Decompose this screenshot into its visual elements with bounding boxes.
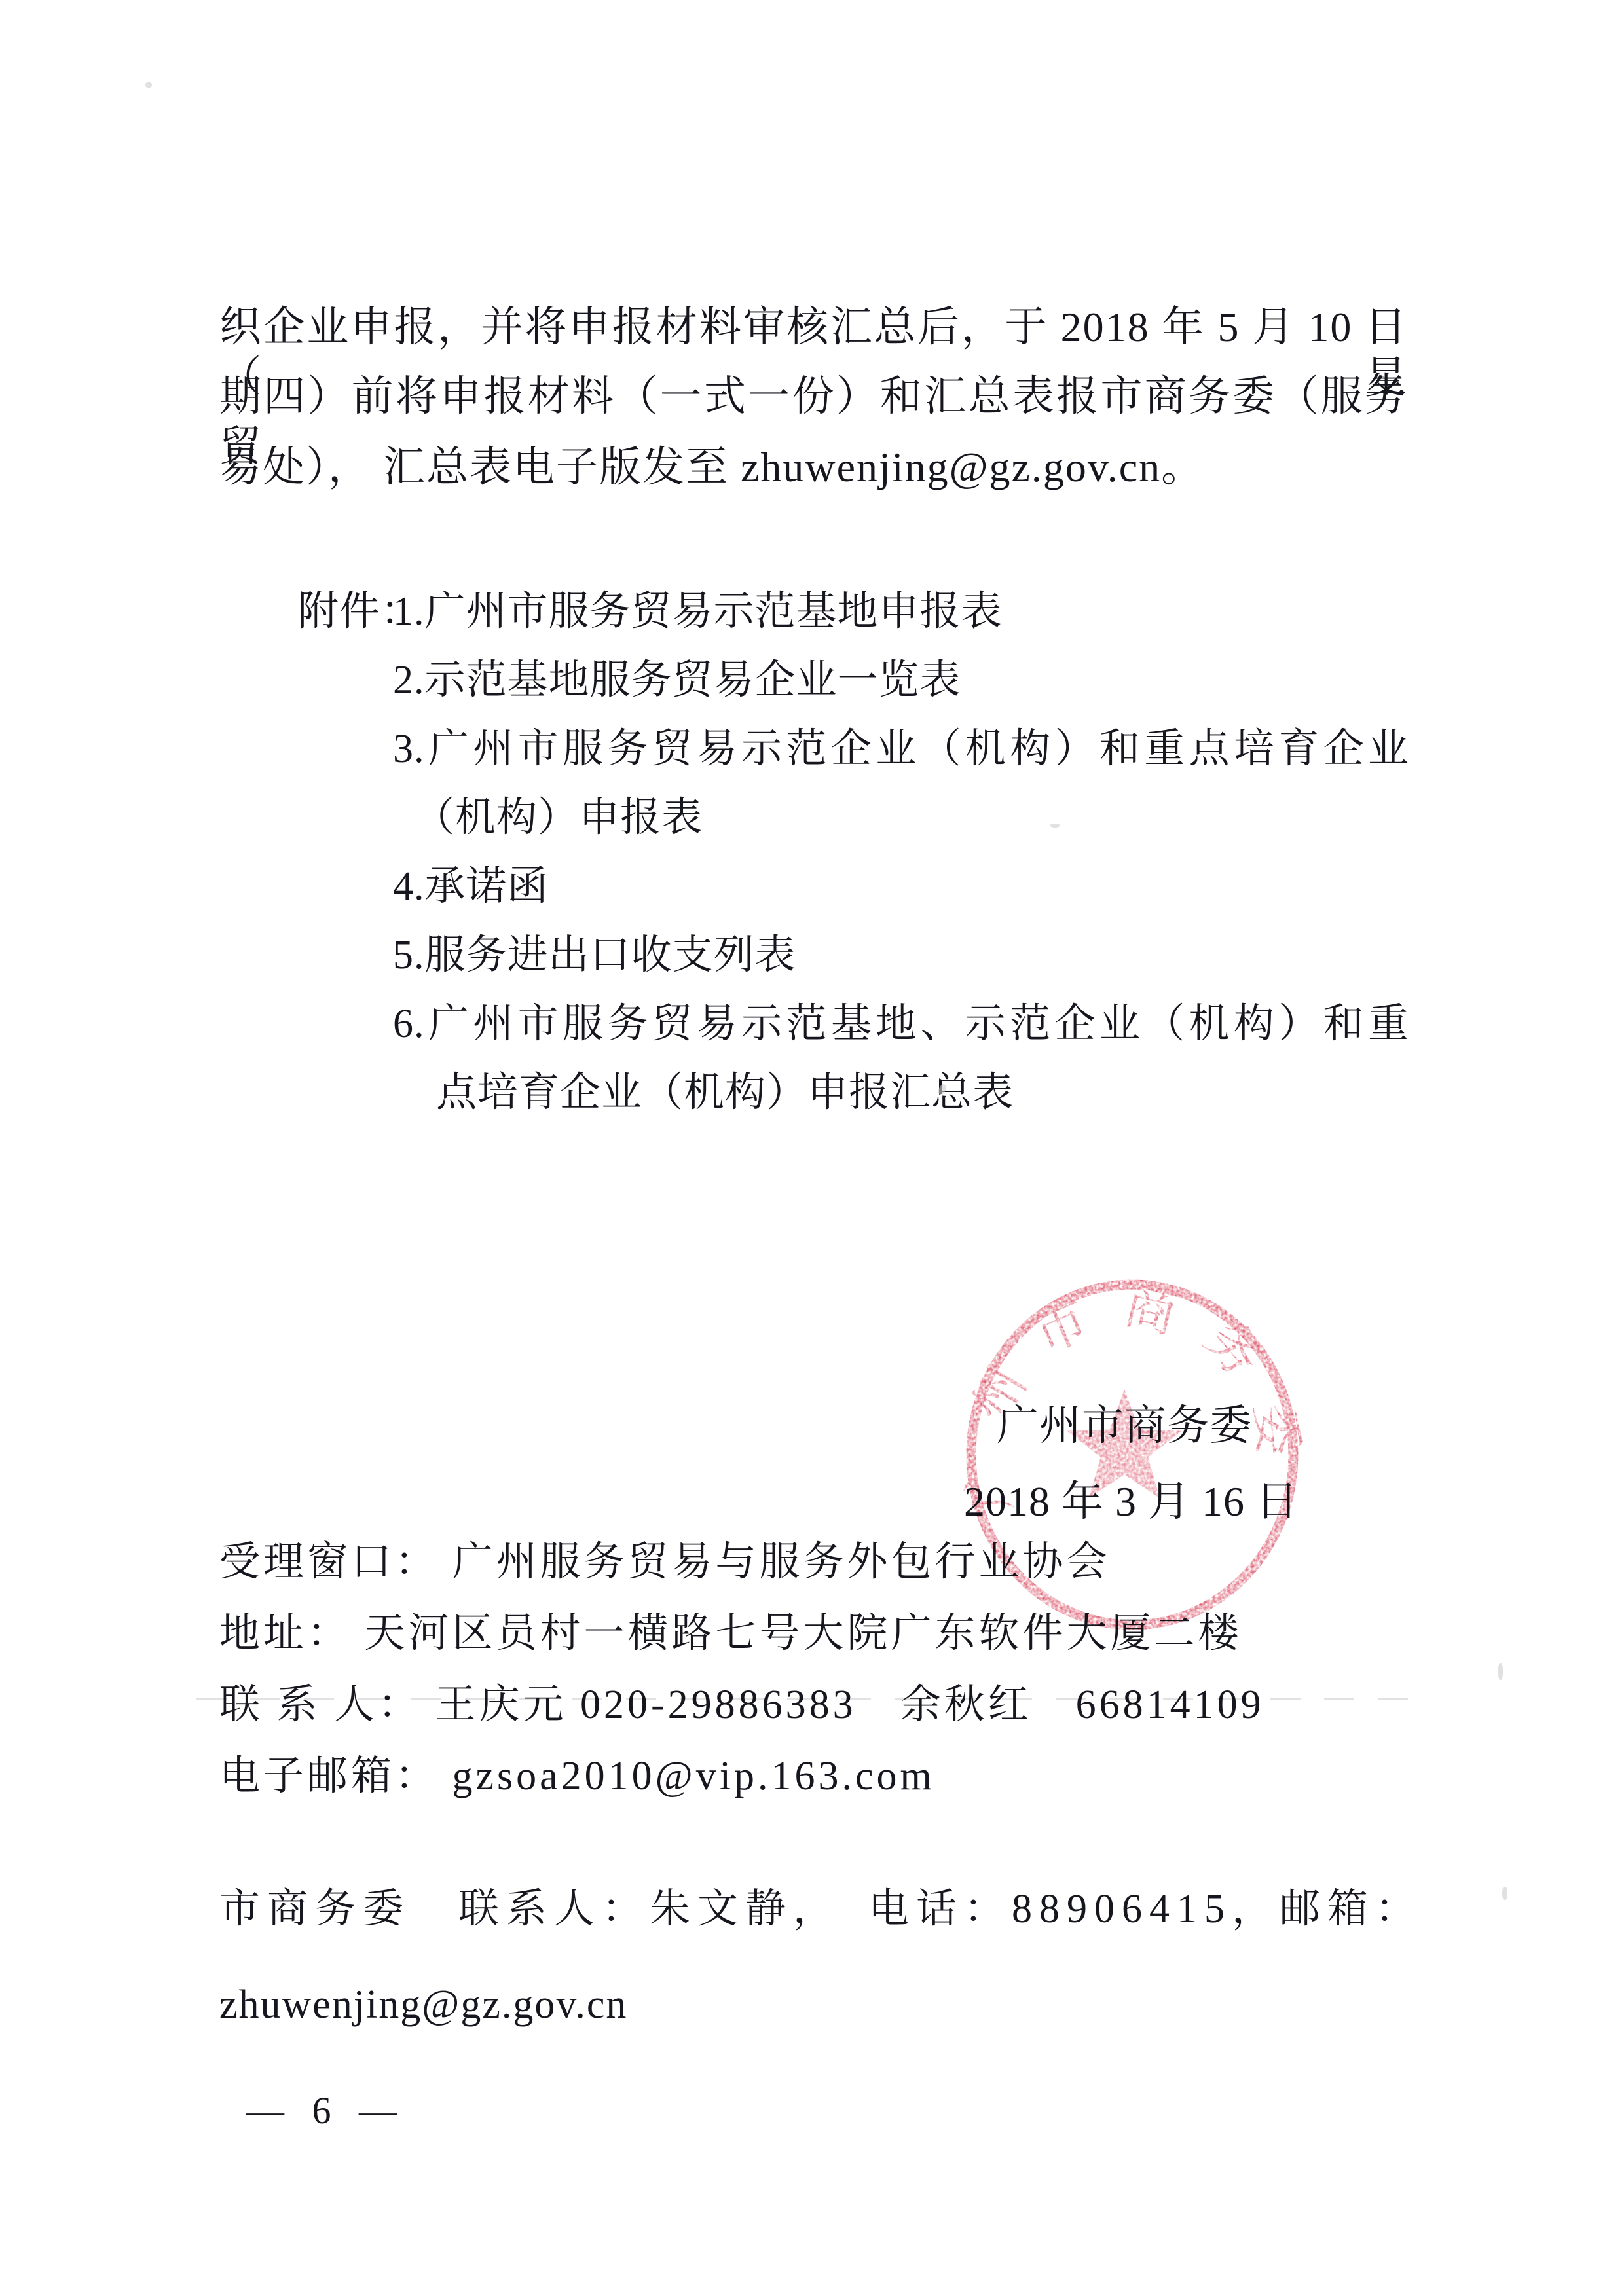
attachment-item-continuation: （机构）申报表	[414, 794, 703, 842]
attachment-item: 5.服务进出口收支列表	[393, 932, 796, 979]
signature-org: 广州市商务委	[997, 1401, 1252, 1451]
acceptance-window-line: 受理窗口： 广州服务贸易与服务外包行业协会	[219, 1539, 1111, 1586]
attachment-item: 2.示范基地服务贸易企业一览表	[393, 657, 961, 704]
attachment-item: 3.广州市服务贸易示范企业（机构）和重点培育企业	[393, 725, 1409, 773]
attachment-item: 4.承诺函	[393, 863, 549, 911]
attachment-item: 1.广州市服务贸易示范基地申报表	[393, 588, 1003, 636]
acceptance-contacts-line: 联 系 人： 王庆元 020-29886383 余秋红 66814109	[219, 1681, 1264, 1729]
acceptance-email-line: 电子邮箱： gzsoa2010@vip.163.com	[219, 1753, 935, 1800]
scan-speck	[1502, 1887, 1507, 1900]
scan-speck	[1050, 824, 1060, 828]
scan-speck	[1498, 1663, 1503, 1680]
committee-contact-line: 市商务委 联系人：朱文静， 电话：88906415，邮箱：	[219, 1886, 1408, 1933]
acceptance-address-line: 地址： 天河区员村一横路七号大院广东软件大厦二楼	[219, 1610, 1242, 1658]
body-paragraph-line: 易处）， 汇总表电子版发至 zhuwenjing@gz.gov.cn。	[219, 443, 1408, 492]
committee-email-line: zhuwenjing@gz.gov.cn	[219, 1981, 627, 2029]
signature-date: 2018 年 3 月 16 日	[964, 1477, 1299, 1527]
scanned-document-page: 织企业申报，并将申报材料审核汇总后，于 2018 年 5 月 10 日（星 期四…	[0, 0, 1624, 2296]
attachment-item-continuation: 点培育企业（机构）申报汇总表	[436, 1069, 1014, 1117]
page-number: — 6 —	[246, 2088, 406, 2133]
scan-speck	[145, 82, 152, 88]
attachment-item: 6.广州市服务贸易示范基地、示范企业（机构）和重	[393, 1000, 1409, 1048]
